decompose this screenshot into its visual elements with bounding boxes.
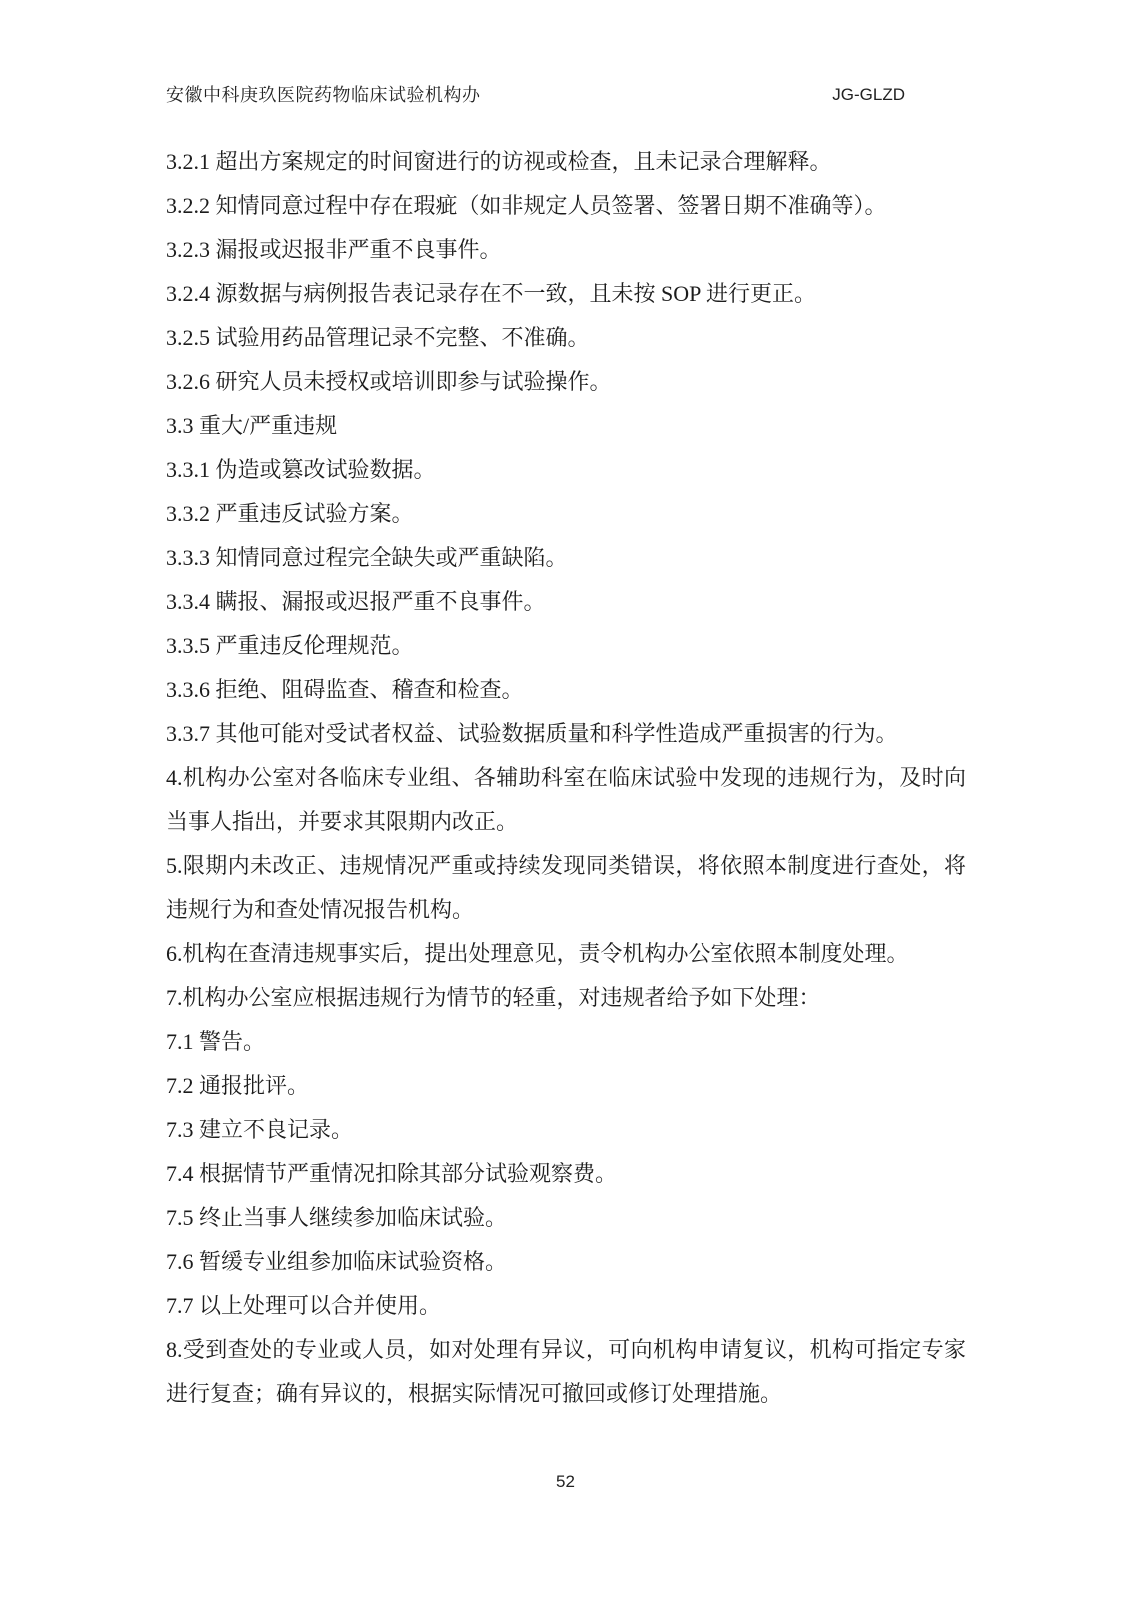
paragraph: 3.3.1 伪造或篡改试验数据。	[166, 448, 966, 492]
paragraph: 7.机构办公室应根据违规行为情节的轻重，对违规者给予如下处理：	[166, 976, 966, 1020]
header-document-code: JG-GLZD	[832, 84, 905, 106]
paragraph: 3.2.2 知情同意过程中存在瑕疵（如非规定人员签署、签署日期不准确等）。	[166, 184, 966, 228]
paragraph: 7.4 根据情节严重情况扣除其部分试验观察费。	[166, 1152, 966, 1196]
paragraph: 3.2.6 研究人员未授权或培训即参与试验操作。	[166, 360, 966, 404]
page-header: 安徽中科庚玖医院药物临床试验机构办 JG-GLZD	[166, 84, 966, 106]
document-page: 安徽中科庚玖医院药物临床试验机构办 JG-GLZD 3.2.1 超出方案规定的时…	[0, 0, 1131, 1600]
paragraph: 7.2 通报批评。	[166, 1064, 966, 1108]
paragraph: 3.2.3 漏报或迟报非严重不良事件。	[166, 228, 966, 272]
paragraph: 8.受到查处的专业或人员，如对处理有异议，可向机构申请复议，机构可指定专家进行复…	[166, 1328, 966, 1416]
page-footer: 52	[0, 1472, 1131, 1492]
paragraph: 3.3.7 其他可能对受试者权益、试验数据质量和科学性造成严重损害的行为。	[166, 712, 966, 756]
page-number: 52	[556, 1472, 575, 1491]
paragraph: 3.2.5 试验用药品管理记录不完整、不准确。	[166, 316, 966, 360]
paragraph: 5.限期内未改正、违规情况严重或持续发现同类错误，将依照本制度进行查处，将违规行…	[166, 844, 966, 932]
paragraph: 7.7 以上处理可以合并使用。	[166, 1284, 966, 1328]
paragraph: 7.5 终止当事人继续参加临床试验。	[166, 1196, 966, 1240]
paragraph: 6.机构在查清违规事实后，提出处理意见，责令机构办公室依照本制度处理。	[166, 932, 966, 976]
paragraph: 3.3.2 严重违反试验方案。	[166, 492, 966, 536]
paragraph: 3.3.4 瞒报、漏报或迟报严重不良事件。	[166, 580, 966, 624]
document-body: 3.2.1 超出方案规定的时间窗进行的访视或检查，且未记录合理解释。3.2.2 …	[166, 140, 966, 1416]
paragraph: 3.2.4 源数据与病例报告表记录存在不一致，且未按 SOP 进行更正。	[166, 272, 966, 316]
paragraph: 3.2.1 超出方案规定的时间窗进行的访视或检查，且未记录合理解释。	[166, 140, 966, 184]
paragraph: 7.1 警告。	[166, 1020, 966, 1064]
header-institution-title: 安徽中科庚玖医院药物临床试验机构办	[166, 84, 481, 106]
paragraph: 7.6 暂缓专业组参加临床试验资格。	[166, 1240, 966, 1284]
paragraph: 3.3 重大/严重违规	[166, 404, 966, 448]
paragraph: 3.3.5 严重违反伦理规范。	[166, 624, 966, 668]
paragraph: 3.3.3 知情同意过程完全缺失或严重缺陷。	[166, 536, 966, 580]
paragraph: 4.机构办公室对各临床专业组、各辅助科室在临床试验中发现的违规行为，及时向当事人…	[166, 756, 966, 844]
paragraph: 7.3 建立不良记录。	[166, 1108, 966, 1152]
paragraph: 3.3.6 拒绝、阻碍监查、稽查和检查。	[166, 668, 966, 712]
